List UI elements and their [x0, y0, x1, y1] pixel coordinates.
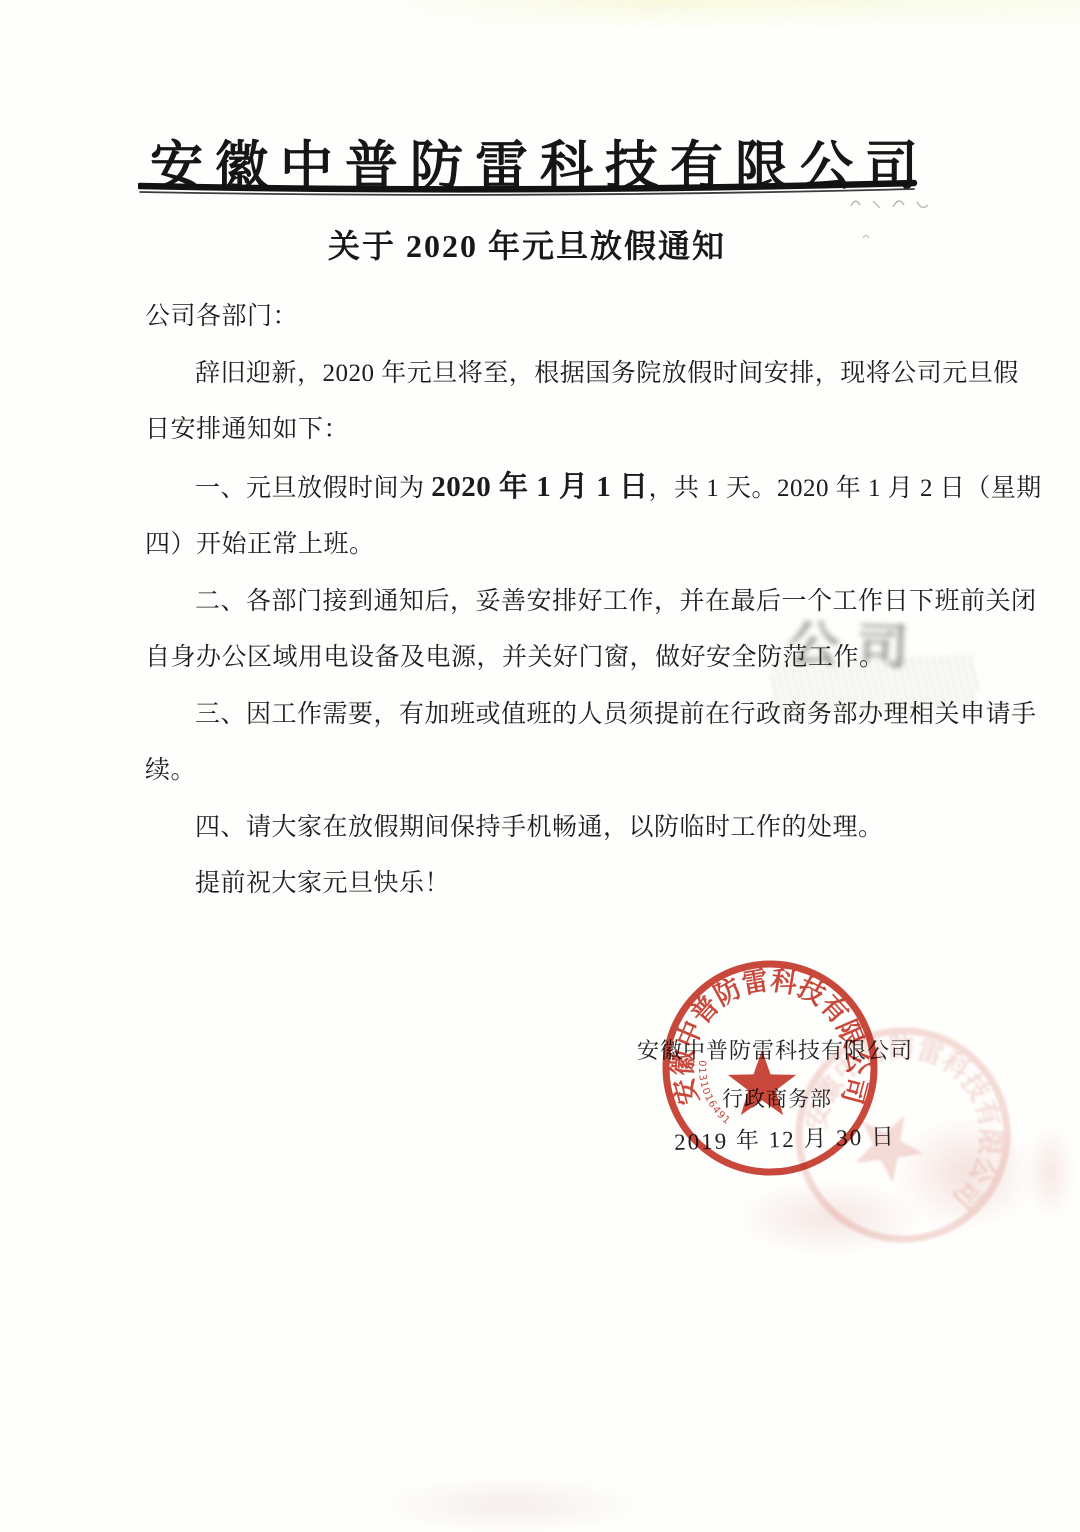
body-line: 日安排通知如下： — [145, 402, 945, 459]
body-text: 一、元旦放假时间为 — [195, 475, 431, 502]
body-line: 四）开始正常上班。 — [145, 517, 945, 574]
scanned-notice-page: 安徽中普防雷科技有限公司 关于 2020 年元旦放假通知 公司各部门：辞旧迎新，… — [0, 0, 1080, 1532]
body-text: ，共 1 天。2020 年 1 月 2 日（星期 — [649, 475, 1042, 502]
document-title: 关于 2020 年元旦放假通知 — [0, 221, 1054, 267]
seal-serial-number: 0131016491 — [696, 1060, 733, 1127]
body-line: 公司各部门： — [145, 289, 945, 346]
body-line: 续。 — [145, 743, 945, 800]
body-line: 提前祝大家元旦快乐！ — [145, 856, 945, 913]
header-divider-line — [138, 176, 918, 202]
document-body: 公司各部门：辞旧迎新，2020 年元旦将至，根据国务院放假时间安排，现将公司元旦… — [145, 289, 945, 913]
body-emphasis-text: 2020 年 1 月 1 日 — [431, 471, 648, 503]
body-line: 一、元旦放假时间为 2020 年 1 月 1 日，共 1 天。2020 年 1 … — [145, 459, 945, 518]
body-line: 辞旧迎新，2020 年元旦将至，根据国务院放假时间安排，现将公司元旦假 — [145, 346, 945, 403]
body-line: 四、请大家在放假期间保持手机畅通，以防临时工作的处理。 — [145, 800, 945, 857]
scan-artifact-top-tint — [0, 0, 1080, 30]
scan-artifact-ink-noise — [771, 654, 978, 713]
scan-artifact-red-smudge — [375, 1478, 645, 1532]
